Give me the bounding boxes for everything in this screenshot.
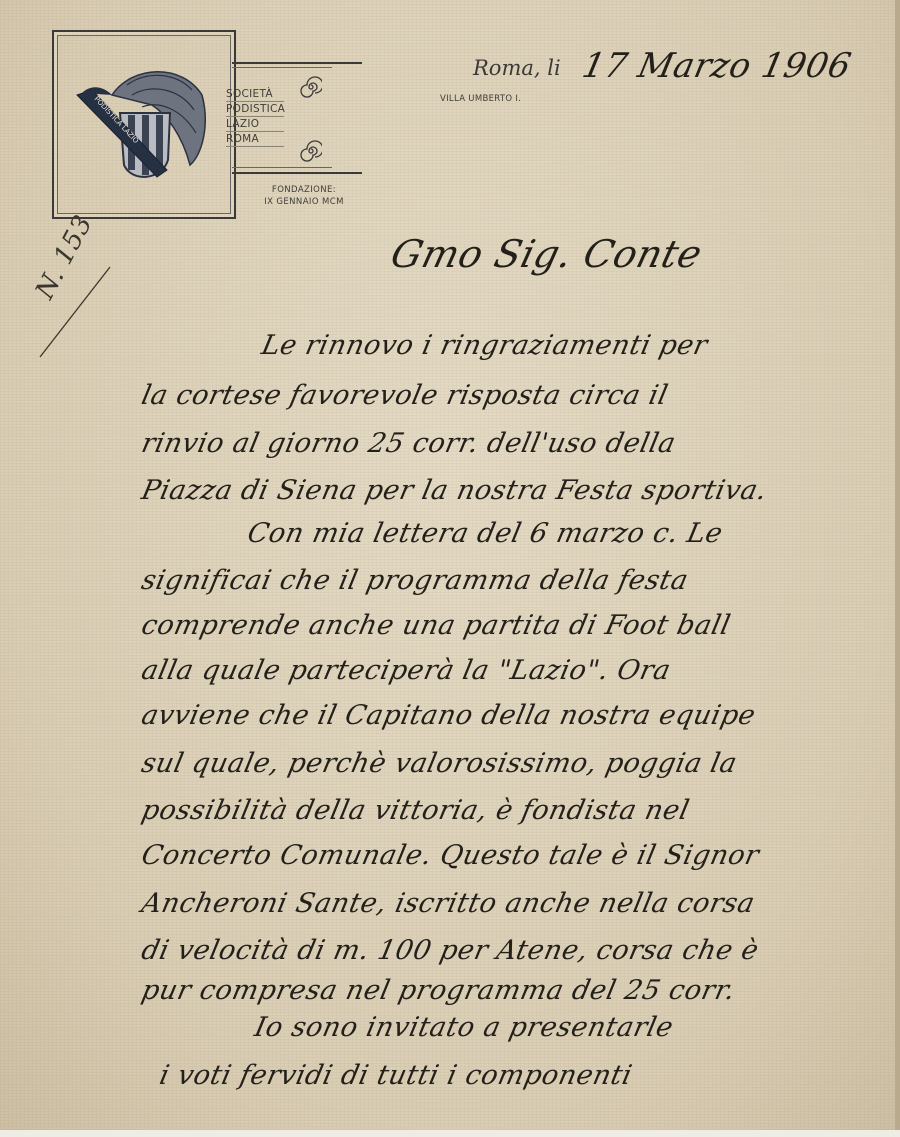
- foundation-label: FONDAZIONE:: [264, 184, 344, 196]
- body-line: Con mia lettera del 6 marzo c. Le: [245, 518, 726, 549]
- foundation-date: IX GENNAIO MCM: [264, 196, 344, 208]
- eagle-shield-emblem-icon: PODISTICA LAZIO: [72, 55, 212, 195]
- body-line: Piazza di Siena per la nostra Festa spor…: [139, 475, 770, 506]
- marginal-slash: [35, 262, 115, 362]
- letterhead-band-bottom: [232, 172, 362, 174]
- letterhead-band-top-inner: [232, 67, 332, 68]
- spiral-ornament-icon: [300, 140, 322, 162]
- body-line: la cortese favorevole risposta circa il: [139, 380, 671, 411]
- society-line: ROMA: [226, 132, 284, 147]
- body-line: rinvio al giorno 25 corr. dell'uso della: [139, 428, 679, 459]
- body-line: i voti fervidi di tutti i componenti: [157, 1060, 635, 1091]
- salutation: Gmo Sig. Conte: [387, 232, 707, 276]
- body-line: significai che il programma della festa: [139, 565, 691, 596]
- body-line: possibilità della vittoria, è fondista n…: [139, 795, 693, 826]
- letterhead-address: VILLA UMBERTO I.: [440, 94, 521, 104]
- body-line: Concerto Comunale. Questo tale è il Sign…: [139, 840, 762, 871]
- body-line: pur compresa nel programma del 25 corr.: [139, 975, 738, 1006]
- body-line: sul quale, perchè valorosissimo, poggia …: [139, 748, 740, 779]
- scan-margin: [0, 1130, 900, 1137]
- dateline-place: Roma, li: [473, 56, 561, 80]
- body-line: Ancheroni Sante, iscritto anche nella co…: [139, 888, 758, 919]
- dateline-date: 17 Marzo 1906: [579, 46, 855, 86]
- society-line: PODISTICA: [226, 102, 284, 117]
- society-name: SOCIETÀ PODISTICA LAZIO ROMA: [226, 87, 296, 147]
- body-line: comprende anche una partita di Foot ball: [139, 610, 734, 641]
- paper-edge: [895, 0, 900, 1130]
- body-line: avviene che il Capitano della nostra equ…: [139, 700, 759, 731]
- foundation-info: FONDAZIONE: IX GENNAIO MCM: [264, 184, 344, 208]
- body-line: Le rinnovo i ringraziamenti per: [259, 330, 711, 361]
- body-line: di velocità di m. 100 per Atene, corsa c…: [139, 935, 762, 966]
- society-line: SOCIETÀ: [226, 87, 284, 102]
- letterhead-band-bottom-inner: [232, 167, 332, 168]
- society-line: LAZIO: [226, 117, 284, 132]
- body-line: Io sono invitato a presentarle: [252, 1012, 677, 1043]
- letterhead-band-top: [232, 62, 362, 64]
- body-line: alla quale parteciperà la "Lazio". Ora: [139, 655, 674, 686]
- spiral-ornament-icon: [300, 76, 322, 98]
